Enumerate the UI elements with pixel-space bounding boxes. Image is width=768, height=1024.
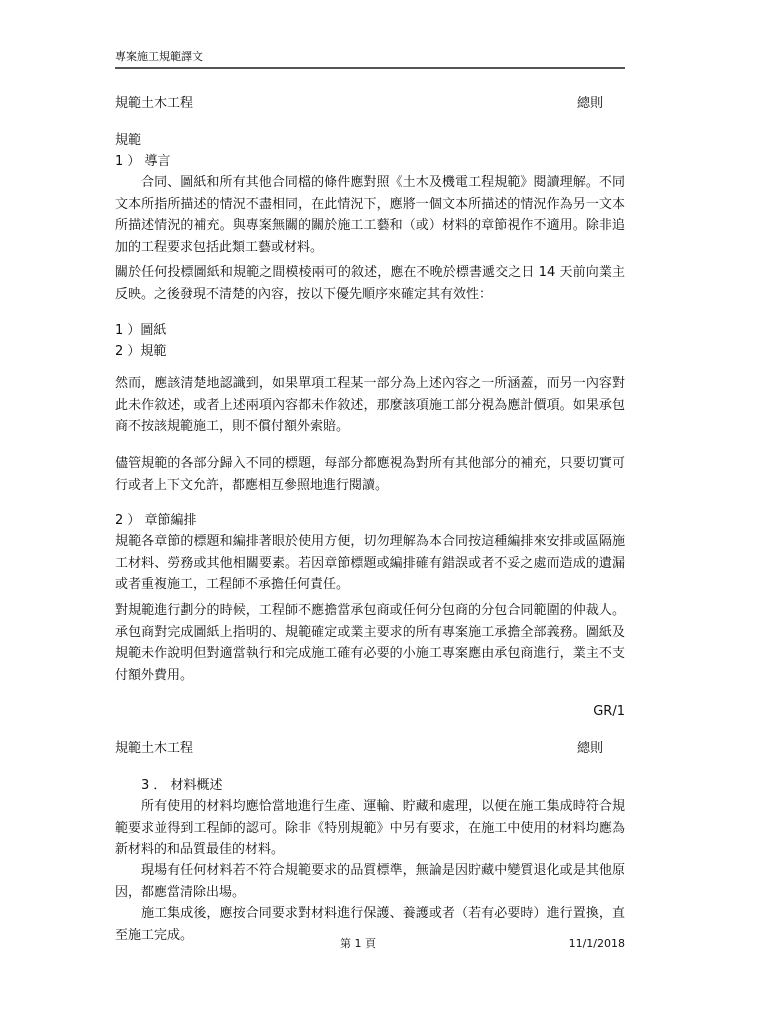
section-1-label: 1 ） 導言	[115, 151, 625, 173]
footer-page-number: 第 1 頁	[340, 937, 376, 951]
footer-date: 11/1/2018	[569, 937, 625, 951]
section-1-paragraph-2: 關於任何投標圖紙和規範之間模棱兩可的敘述，應在不晚於標書遞交之日 14 天前向業…	[115, 262, 625, 305]
section-3-label: 3 ． 材料概述	[115, 775, 625, 797]
section-header-title: 規範土木工程	[115, 740, 193, 758]
priority-item-2: 2 ）規範	[115, 341, 625, 363]
section-2-paragraph-2: 對規範進行劃分的時候，工程師不應擔當承包商或任何分包商的分包合同範圍的仲裁人。承…	[115, 600, 625, 686]
section-1-paragraph-3: 然而，應該清楚地認識到，如果單項工程某一部分為上述內容之一所涵蓋，而另一內容對此…	[115, 373, 625, 438]
section-1-paragraph-4: 儘管規範的各部分歸入不同的標題，每部分都應視為對所有其他部分的補充，只要切實可行…	[115, 453, 625, 496]
running-header: 專案施工規範譯文	[115, 50, 625, 69]
section-3-paragraph-1: 所有使用的材料均應恰當地進行生產、運輸、貯藏和處理，以便在施工集成時符合規範要求…	[115, 796, 625, 861]
document-page: 專案施工規範譯文 規範土木工程 總則 規範 1 ） 導言 合同、圖紙和所有其他合…	[115, 0, 625, 1024]
page-code: GR/1	[115, 703, 625, 721]
section-2-label: 2 ） 章節編排	[115, 510, 625, 532]
section-header: 規範土木工程 總則	[115, 95, 625, 113]
section-header-2: 規範土木工程 總則	[115, 740, 625, 758]
priority-item-1: 1 ）圖紙	[115, 320, 625, 342]
section-2-paragraph-1: 規範各章節的標題和編排著眼於使用方便，切勿理解為本合同按這種編排來安排或區隔施工…	[115, 531, 625, 596]
section-header-title: 規範土木工程	[115, 95, 193, 113]
section-1-paragraph-1: 合同、圖紙和所有其他合同檔的條件應對照《土木及機電工程規範》閱讀理解。不同文本所…	[115, 172, 625, 258]
page-footer: 第 1 頁 11/1/2018	[115, 937, 625, 951]
section-3-paragraph-2: 現場有任何材料若不符合規範要求的品質標準，無論是因貯藏中變質退化或是其他原因，都…	[115, 860, 625, 903]
heading-spec: 規範	[115, 130, 625, 152]
section-header-category: 總則	[577, 740, 625, 758]
section-header-category: 總則	[577, 95, 625, 113]
